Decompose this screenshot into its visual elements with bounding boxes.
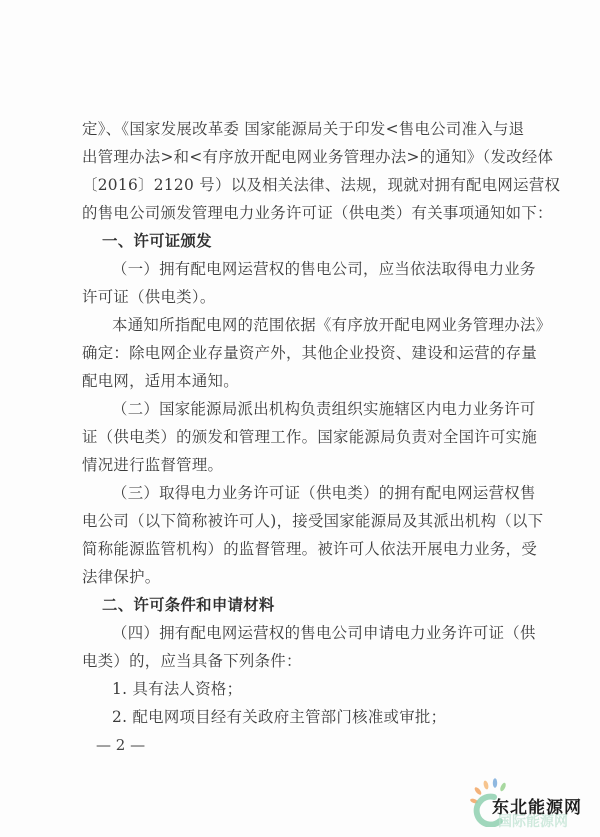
text-line: 出管理办法>和<有序放开配电网业务管理办法>的通知》（发改经体 [82, 143, 518, 171]
text-line: 情况进行监督管理。 [82, 451, 518, 479]
paragraph-start: （四）拥有配电网运营权的售电公司申请电力业务许可证（供 [82, 619, 518, 647]
section-heading: 二、许可条件和申请材料 [82, 591, 518, 619]
paragraph-start: 本通知所指配电网的范围依据《有序放开配电网业务管理办法》 [82, 311, 518, 339]
text-line: 法律保护。 [82, 563, 518, 591]
text-line: 证（供电类）的颁发和管理工作。国家能源局负责对全国许可实施 [82, 423, 518, 451]
text-line: 〔2016〕2120 号）以及相关法律、法规，现就对拥有配电网运营权 [82, 171, 518, 199]
paragraph-start: （三）取得电力业务许可证（供电类）的拥有配电网运营权售 [82, 479, 518, 507]
paragraph-start: （二）国家能源局派出机构负责组织实施辖区内电力业务许可 [82, 395, 518, 423]
list-item: 1. 具有法人资格； [82, 675, 518, 703]
section-heading: 一、许可证颁发 [82, 227, 518, 255]
paragraph-start: （一）拥有配电网运营权的售电公司，应当依法取得电力业务 [82, 255, 518, 283]
list-item: 2. 配电网项目经有关政府主管部门核准或审批； [82, 703, 518, 731]
text-line: 电公司（以下简称被许可人)，接受国家能源局及其派出机构（以下 [82, 507, 518, 535]
watermark: 东北能源网 国际能源网 [470, 775, 600, 835]
text-line: 简称能源监管机构）的监督管理。被许可人依法开展电力业务，受 [82, 535, 518, 563]
text-line: 配电网，适用本通知。 [82, 367, 518, 395]
watermark-subtitle: 国际能源网 [498, 811, 568, 831]
text-line: 定》、《国家发展改革委 国家能源局关于印发<售电公司准入与退 [82, 115, 518, 143]
text-line: 电类）的，应当具备下列条件： [82, 647, 518, 675]
document-body: 定》、《国家发展改革委 国家能源局关于印发<售电公司准入与退 出管理办法>和<有… [82, 115, 518, 731]
document-page: 定》、《国家发展改革委 国家能源局关于印发<售电公司准入与退 出管理办法>和<有… [0, 0, 600, 837]
page-number: — 2 — [96, 733, 145, 757]
text-line: 确定：除电网企业存量资产外，其他企业投资、建设和运营的存量 [82, 339, 518, 367]
text-line: 的售电公司颁发管理电力业务许可证（供电类）有关事项通知如下： [82, 199, 518, 227]
text-line: 许可证（供电类）。 [82, 283, 518, 311]
